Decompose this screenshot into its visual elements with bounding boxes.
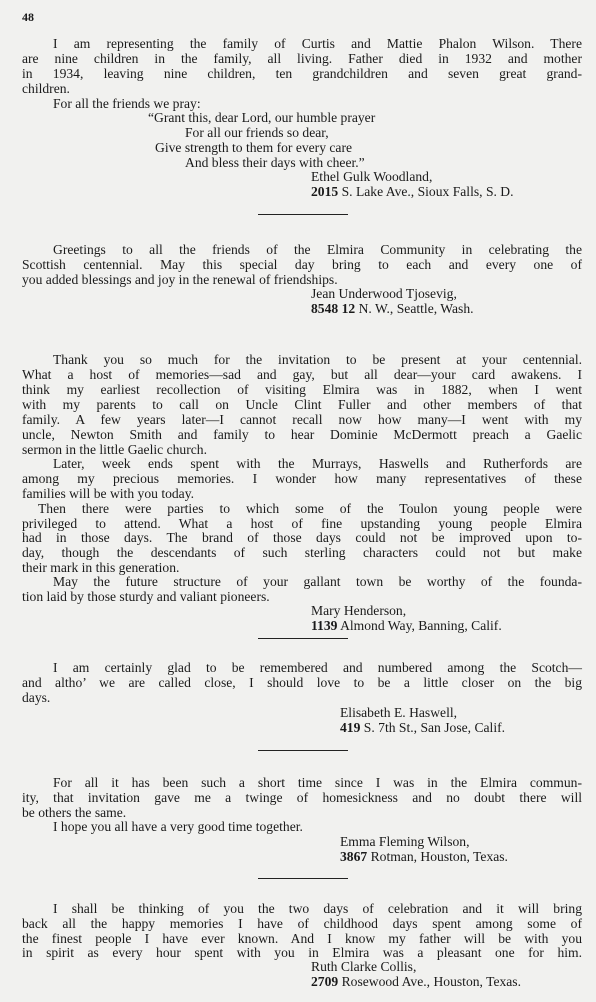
letter-4-line: days. <box>22 690 50 705</box>
letter-1-line: I am representing the family of Curtis a… <box>53 36 582 51</box>
poem-line: And bless their days with cheer.” <box>185 155 365 170</box>
signature-address: 3867 Rotman, Houston, Texas. <box>340 849 508 864</box>
signature-address: 8548 12 N. W., Seattle, Wash. <box>311 301 474 316</box>
letter-3-line: family. A few years later—I cannot recal… <box>22 412 582 427</box>
letter-5-line: ity, that invitation gave me a twinge of… <box>22 790 582 805</box>
letter-3-line: Later, week ends spent with the Murrays,… <box>53 456 582 471</box>
section-divider <box>258 878 348 879</box>
letter-1-line: For all the friends we pray: <box>53 96 201 111</box>
address-text: Rosewood Ave., Houston, Texas. <box>338 974 521 989</box>
letter-3-line: May the future structure of your gallant… <box>53 574 582 589</box>
address-text: Almond Way, Banning, Calif. <box>337 618 501 633</box>
letter-3-line: their mark in this generation. <box>22 560 179 575</box>
letter-5-line: I hope you all have a very good time tog… <box>53 819 303 834</box>
letter-3-line: tion laid by those sturdy and valiant pi… <box>22 589 270 604</box>
page-number: 48 <box>22 10 34 25</box>
address-text: Rotman, Houston, Texas. <box>367 849 508 864</box>
letter-6-line: in spirit as every hour spent with you i… <box>22 945 582 960</box>
address-number: 3867 <box>340 849 367 864</box>
address-number: 1139 <box>311 618 337 633</box>
address-text: S. Lake Ave., Sioux Falls, S. D. <box>338 184 513 199</box>
letter-5-line: For all it has been such a short time si… <box>53 775 582 790</box>
signature-name: Jean Underwood Tjosevig, <box>311 286 457 301</box>
letter-5-line: be others the same. <box>22 805 126 820</box>
poem-line: Give strength to them for every care <box>155 140 352 155</box>
letter-4-line: I am certainly glad to be remembered and… <box>53 660 582 675</box>
letter-1-line: in 1934, leaving nine children, ten gran… <box>22 66 582 81</box>
address-text: S. 7th St., San Jose, Calif. <box>360 720 505 735</box>
signature-address: 2015 S. Lake Ave., Sioux Falls, S. D. <box>311 184 514 199</box>
poem-line: For all our friends so dear, <box>185 125 329 140</box>
letter-2-line: Scottish centennial. May this special da… <box>22 257 582 272</box>
address-text: N. W., Seattle, Wash. <box>355 301 473 316</box>
letter-2-line: Greetings to all the friends of the Elmi… <box>53 242 582 257</box>
letter-6-line: I shall be thinking of you the two days … <box>53 901 582 916</box>
signature-address: 2709 Rosewood Ave., Houston, Texas. <box>311 974 521 989</box>
letter-2-line: you added blessings and joy in the renew… <box>22 272 338 287</box>
letter-3-line: think my earliest recollection of visiti… <box>22 382 582 397</box>
section-divider <box>258 638 348 639</box>
section-divider <box>258 750 348 751</box>
letter-3-line: families will be with you today. <box>22 486 194 501</box>
letter-3-line: had in those days. The brand of those da… <box>22 530 582 545</box>
letter-3-line: uncle, Newton Smith and family to hear D… <box>22 427 582 442</box>
letter-3-line: with my parents to call on Uncle Clint F… <box>22 397 582 412</box>
section-divider <box>258 214 348 215</box>
letter-3-line: privileged to attend. What a host of fin… <box>22 516 582 531</box>
signature-address: 419 S. 7th St., San Jose, Calif. <box>340 720 505 735</box>
signature-name: Elisabeth E. Haswell, <box>340 705 457 720</box>
signature-name: Emma Fleming Wilson, <box>340 834 469 849</box>
letter-6-line: back all the happy memories I have of ch… <box>22 916 582 931</box>
letter-6-line: the finest people I have ever known. And… <box>22 931 582 946</box>
letter-3-line: sermon in the little Gaelic church. <box>22 442 207 457</box>
address-number: 2015 <box>311 184 338 199</box>
document-page: 48 I am representing the family of Curti… <box>0 0 596 1002</box>
letter-3-line: What a host of memories—sad and gay, but… <box>22 367 582 382</box>
signature-name: Mary Henderson, <box>311 603 406 618</box>
letter-1-line: children. <box>22 81 70 96</box>
address-number: 8548 12 <box>311 301 355 316</box>
signature-name: Ethel Gulk Woodland, <box>311 169 432 184</box>
letter-1-line: are nine children in the family, all liv… <box>22 51 582 66</box>
letter-3-line: Thank you so much for the invitation to … <box>53 352 582 367</box>
poem-line: “Grant this, dear Lord, our humble praye… <box>148 110 375 125</box>
address-number: 2709 <box>311 974 338 989</box>
signature-name: Ruth Clarke Collis, <box>311 959 416 974</box>
letter-3-line: day, though the descendants of such ster… <box>22 545 582 560</box>
letter-3-line: Then there were parties to which some of… <box>38 501 582 516</box>
letter-4-line: and altho’ we are called close, I should… <box>22 675 582 690</box>
letter-3-line: among my precious memories. I wonder how… <box>22 471 582 486</box>
address-number: 419 <box>340 720 360 735</box>
signature-address: 1139 Almond Way, Banning, Calif. <box>311 618 502 633</box>
